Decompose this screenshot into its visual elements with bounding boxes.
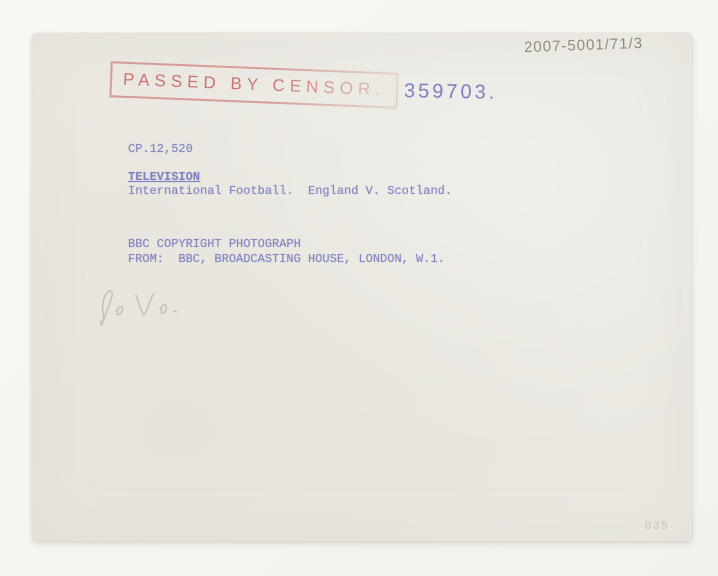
passed-by-censor-stamp: PASSED BY CENSOR. (109, 61, 398, 109)
negative-number-handwritten: 359703. (404, 80, 498, 105)
photo-caption: International Football. England V. Scotl… (128, 184, 452, 198)
corner-mark-faint: 035 (645, 520, 669, 532)
copyright-line: BBC COPYRIGHT PHOTOGRAPH (128, 237, 301, 251)
reference-number: CP.12,520 (128, 142, 193, 156)
pencil-signature-squiggle (90, 281, 210, 331)
censor-stamp-text: PASSED BY CENSOR. (123, 70, 386, 100)
photograph-reverse-card: 2007-5001/71/3 PASSED BY CENSOR. 359703.… (32, 33, 692, 541)
category-heading: TELEVISION (128, 170, 200, 184)
accession-number-handwritten: 2007-5001/71/3 (524, 35, 644, 56)
from-address-line: FROM: BBC, BROADCASTING HOUSE, LONDON, W… (128, 252, 445, 266)
scan-background: 2007-5001/71/3 PASSED BY CENSOR. 359703.… (0, 0, 718, 576)
pencil-signature (90, 281, 210, 336)
